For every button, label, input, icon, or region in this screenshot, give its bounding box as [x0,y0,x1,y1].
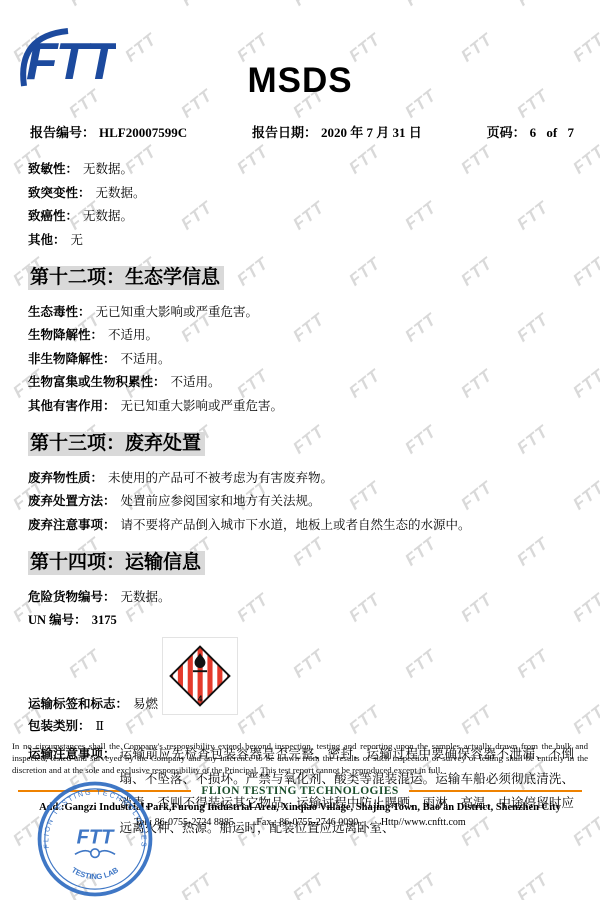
report-date: 报告日期：2020 年 7 月 31 日 [252,122,422,141]
field-row: 其他有害作用：无已知重大影响或严重危害。 [28,399,600,413]
field-label: 废弃物性质： [28,471,103,485]
footer-disclaimer: In no circumstances shall the Company's … [12,741,588,776]
section-14-title: 第十四项：运输信息 [28,551,600,575]
transport-label-label: 运输标签和标志： [28,697,128,711]
field-row: 危险货物编号：无数据。 [28,590,600,604]
page-number-value: 6 of 7 [530,125,574,140]
field-label: 致癌性： [28,209,78,223]
field-row: 生物降解性：不适用。 [28,328,600,342]
field-value: 不适用。 [171,375,221,389]
seal-wings-icon [75,849,115,857]
field-label: 其他有害作用： [28,399,116,413]
report-meta-row: 报告编号：HLF20007599C 报告日期：2020 年 7 月 31 日 页… [30,122,574,141]
section-12-title-text: 第十二项：生态学信息 [28,266,224,290]
field-value: 无数据。 [96,186,146,200]
section-13-disposal: 第十三项：废弃处置 废弃物性质：未使用的产品可不被考虑为有害废弃物。 废弃处置方… [28,432,600,532]
website: Http//www.cnftt.com [381,817,466,828]
watermark-text: FTT [401,870,440,900]
field-label: 其他： [28,233,66,247]
fax: Fax : 86-0755-2746 0090 [256,817,358,828]
hazard-class-number: 4 [198,693,203,703]
field-value: 无 [71,233,84,247]
field-row: 致癌性：无数据。 [28,209,600,223]
section-12-ecology: 第十二项：生态学信息 生态毒性：无已知重大影响或严重危害。 生物降解性：不适用。… [28,266,600,413]
flammable-solid-placard-icon: 4 [168,644,232,708]
field-row: 生态毒性：无已知重大影响或严重危害。 [28,305,600,319]
company-name: FLION TESTING TECHNOLOGIES [201,785,398,797]
field-label: 致敏性： [28,162,78,176]
field-value: 请不要将产品倒入城市下水道，地板上或者自然生态的水源中。 [121,518,471,532]
field-label: 致突变性： [28,186,91,200]
watermark-text: FTT [177,870,216,900]
report-number-value: HLF20007599C [99,125,187,140]
watermark-text: FTT [513,870,552,900]
packing-group-label: 包装类别： [28,719,91,733]
hazard-placard-box: 4 [162,637,238,715]
seal-bottom-text: TESTING LAB [70,865,121,881]
field-row: 致突变性：无数据。 [28,186,600,200]
report-header: FTT MSDS 报告编号：HLF20007599C 报告日期：2020 年 7… [0,0,600,152]
page-title: MSDS [0,62,600,100]
flame-base-line [193,670,207,672]
footer-accent-line-right [409,790,582,792]
section-14-title-text: 第十四项：运输信息 [28,551,205,575]
field-row: 包装类别：Ⅱ [28,719,600,733]
field-row: 生物富集或生物积累性：不适用。 [28,375,600,389]
field-row: 废弃处置方法：处置前应参阅国家和地方有关法规。 [28,494,600,508]
un-number-value: 3175 [92,613,117,627]
report-number: 报告编号：HLF20007599C [30,122,187,141]
transport-label-row: 运输标签和标志： 易燃 [28,637,600,711]
dangerous-goods-number-label: 危险货物编号： [28,590,116,604]
page-number: 页码：6 of 7 [487,122,574,141]
section-13-title: 第十三项：废弃处置 [28,432,600,456]
report-date-label: 报告日期： [252,125,317,140]
field-value: 处置前应参阅国家和地方有关法规。 [121,494,321,508]
field-label: 非生物降解性： [28,352,116,366]
svg-text:TESTING LAB: TESTING LAB [70,865,121,881]
field-value: 无已知重大影响或严重危害。 [96,305,259,319]
field-value: 不适用。 [108,328,158,342]
field-label: 生态毒性： [28,305,91,319]
transport-label-value: 易燃 [133,697,158,711]
field-value: 无数据。 [83,209,133,223]
report-date-value: 2020 年 7 月 31 日 [321,125,422,140]
field-row: 致敏性：无数据。 [28,162,600,176]
section-13-title-text: 第十三项：废弃处置 [28,432,205,456]
field-value: 未使用的产品可不被考虑为有害废弃物。 [108,471,333,485]
report-number-label: 报告编号： [30,125,95,140]
field-value: 不适用。 [121,352,171,366]
field-value: 无数据。 [83,162,133,176]
toxicology-fields: 致敏性：无数据。 致突变性：无数据。 致癌性：无数据。 其他：无 [28,152,600,247]
field-row: UN 编号：3175 [28,613,600,627]
seal-center-text: FTT [77,827,115,849]
field-label: 废弃注意事项： [28,518,116,532]
company-seal-stamp: FLION TESTING TECHNOLOGIES FTT TESTING L… [36,780,154,898]
field-row: 其他：无 [28,233,600,247]
section-12-title: 第十二项：生态学信息 [28,266,600,290]
seal-icon: FLION TESTING TECHNOLOGIES FTT TESTING L… [36,780,154,898]
field-label: 生物降解性： [28,328,103,342]
field-label: 生物富集或生物积累性： [28,375,166,389]
watermark-text: FTT [289,870,328,900]
dangerous-goods-number-value: 无数据。 [121,590,171,604]
field-row: 非生物降解性：不适用。 [28,352,600,366]
field-label: 废弃处置方法： [28,494,116,508]
field-row: 废弃注意事项：请不要将产品倒入城市下水道，地板上或者自然生态的水源中。 [28,518,600,532]
field-value: 无已知重大影响或严重危害。 [121,399,284,413]
page-number-label: 页码： [487,125,526,140]
packing-group-value: Ⅱ [96,719,105,733]
msds-document-page: FTTFTTFTTFTTFTTFTTFTTFTTFTTFTTFTTFTTFTTF… [0,0,600,900]
un-number-label: UN 编号： [28,613,87,627]
field-row: 废弃物性质：未使用的产品可不被考虑为有害废弃物。 [28,471,600,485]
